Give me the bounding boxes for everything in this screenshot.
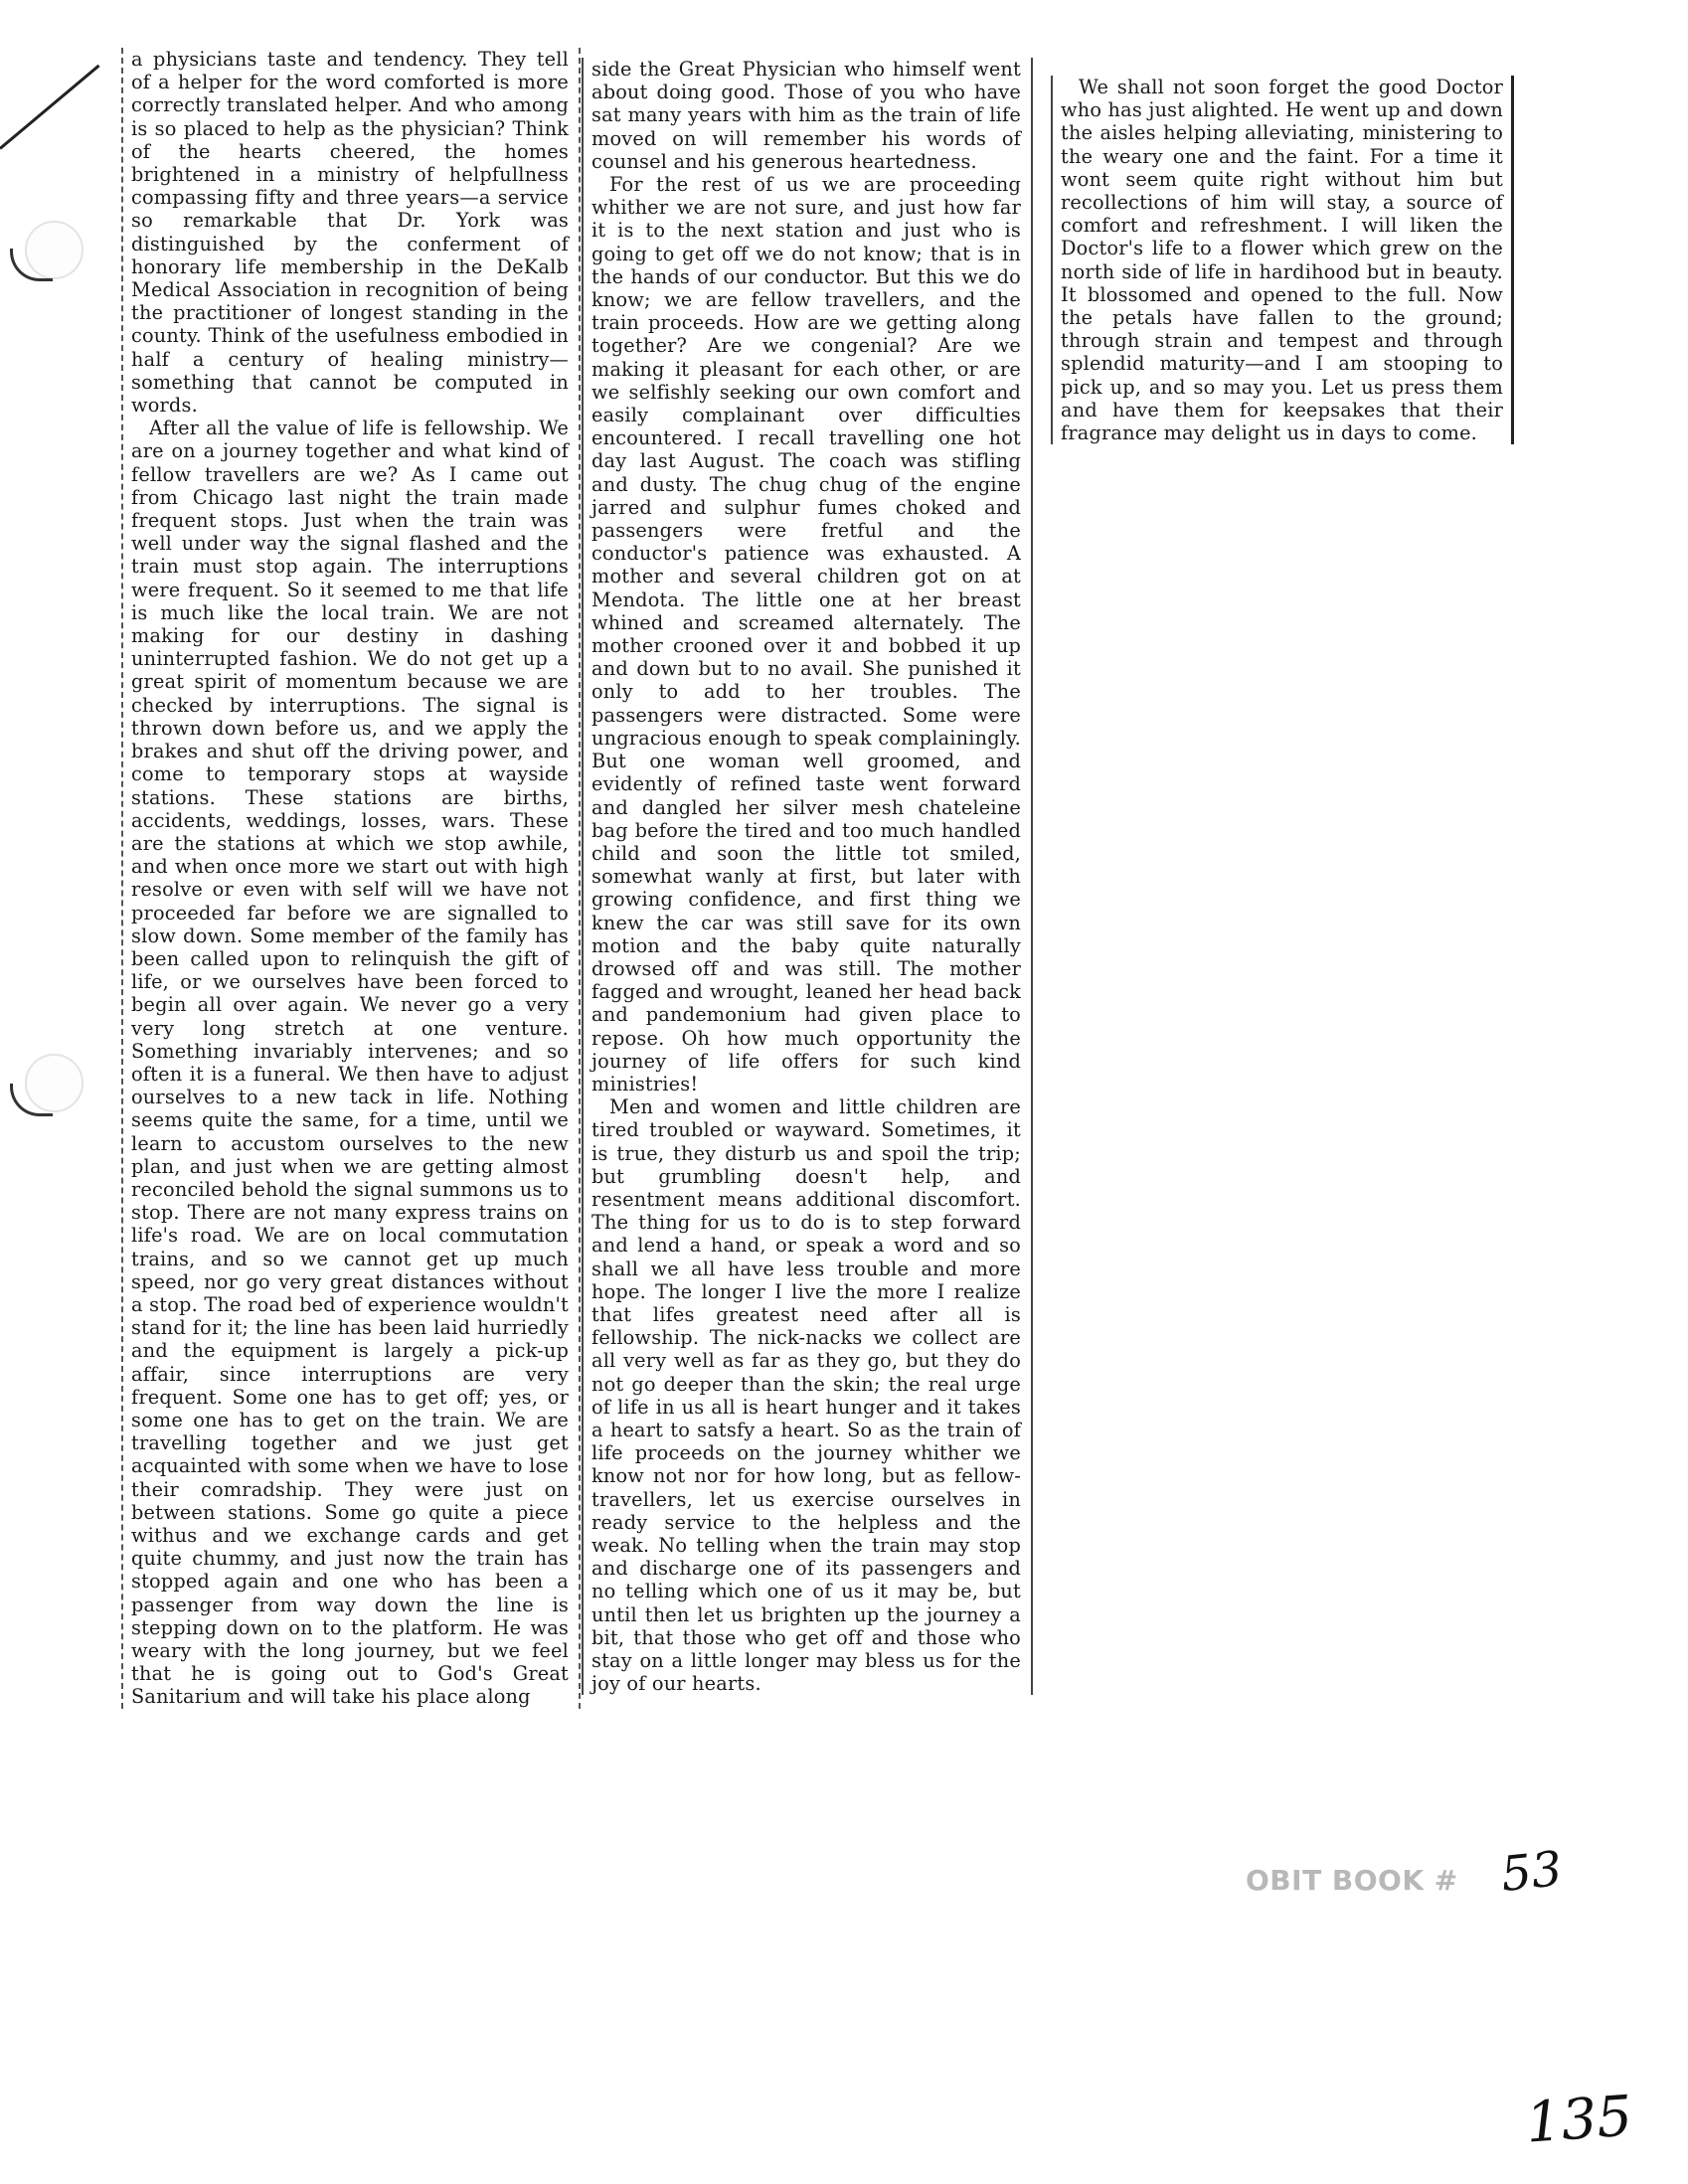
clipping-column-2: side the Great Physician who himself wen…: [582, 58, 1033, 1695]
clipping-column-3: We shall not soon forget the good Doctor…: [1051, 76, 1514, 444]
punch-hole-shadow-middle: [10, 1084, 53, 1116]
column-1-paragraph-1: a physicians taste and tendency. They te…: [131, 48, 569, 417]
page-number-handwritten: 135: [1524, 2084, 1634, 2155]
column-2-paragraph-1: side the Great Physician who himself wen…: [591, 58, 1021, 173]
column-2-paragraph-2: For the rest of us we are proceeding whi…: [591, 173, 1021, 1095]
column-3-paragraph-1: We shall not soon forget the good Doctor…: [1061, 76, 1503, 444]
obit-book-stamp: OBIT BOOK #: [1246, 1864, 1458, 1897]
column-1-paragraph-2: After all the value of life is fellowshi…: [131, 417, 569, 1708]
scan-scratch-mark: [0, 65, 100, 150]
punch-hole-shadow-top: [10, 249, 53, 281]
clipping-column-1: a physicians taste and tendency. They te…: [121, 48, 581, 1709]
obit-book-number-handwritten: 53: [1498, 1841, 1565, 1903]
column-2-paragraph-3: Men and women and little children are ti…: [591, 1095, 1021, 1695]
